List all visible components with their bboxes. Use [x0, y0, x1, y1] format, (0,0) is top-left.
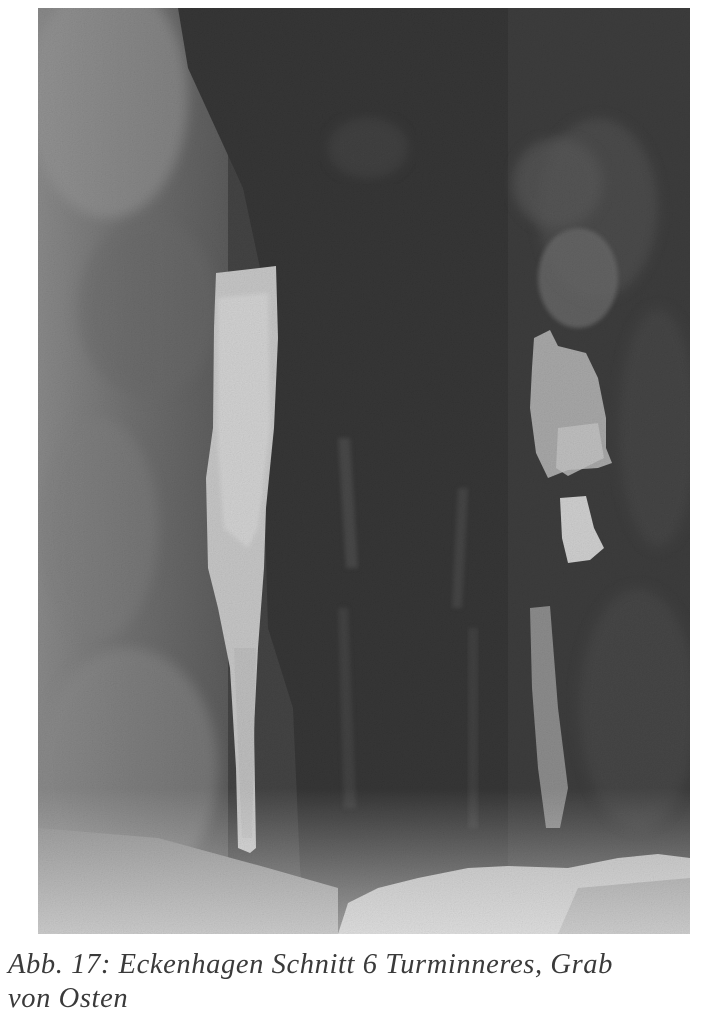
- caption-line-2: von Osten: [8, 982, 710, 1016]
- figure-caption: Abb. 17: Eckenhagen Schnitt 6 Turminnere…: [8, 948, 710, 1016]
- photo-canvas: [38, 8, 690, 934]
- caption-line-1: Abb. 17: Eckenhagen Schnitt 6 Turminnere…: [8, 948, 710, 982]
- excavation-photograph: [38, 8, 690, 934]
